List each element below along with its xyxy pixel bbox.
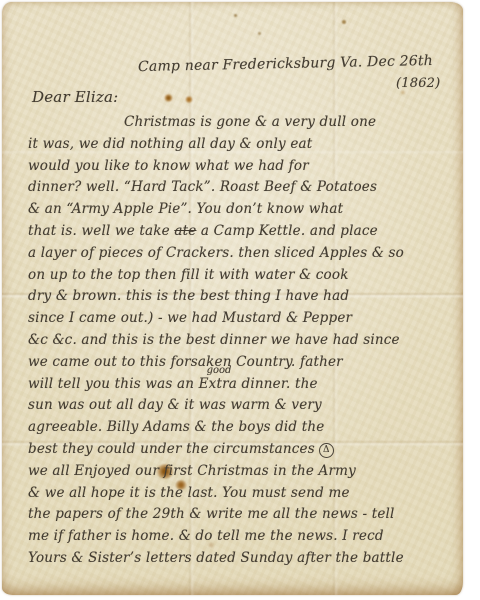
struck-word: ate: [174, 223, 196, 239]
ink-speck: [234, 14, 237, 17]
letter-line: we came out to this forsaken Country. fa…: [28, 354, 446, 376]
letter-line: since I came out.) - we had Mustard & Pe…: [28, 310, 446, 332]
letter-line: sun was out all day & it was warm & very: [28, 397, 446, 419]
inserted-word: good: [207, 365, 232, 376]
letter-line: Yours & Sister’s letters dated Sunday af…: [28, 550, 446, 572]
line-text: dinner. the: [237, 376, 318, 392]
host-word: Extra: [199, 376, 237, 392]
inserted-word-host: Extragood: [199, 376, 237, 392]
letter-line: would you like to know what we had for: [28, 158, 446, 180]
letter-line: it was, we did nothing all day & only ea…: [28, 136, 446, 158]
letter-line: agreeable. Billy Adams & the boys did th…: [28, 419, 446, 441]
letter-line: & an “Army Apple Pie”. You don’t know wh…: [28, 201, 446, 223]
ink-speck: [258, 32, 261, 35]
letter-line: Christmas is gone & a very dull one: [28, 114, 446, 136]
dateline-year: (1862): [396, 76, 440, 91]
circled-editorial-mark: Δ: [319, 443, 334, 458]
stain: [185, 96, 193, 103]
letter-line: we all Enjoyed our first Christmas in th…: [28, 463, 446, 485]
letter-line-strikethrough: that is. well we take ate a Camp Kettle.…: [28, 223, 446, 245]
line-text: will tell you this was an: [28, 376, 199, 392]
letter-line: me if father is home. & do tell me the n…: [28, 528, 446, 550]
line-text: a Camp Kettle. and place: [196, 223, 377, 239]
stain: [164, 94, 173, 102]
letter-line: & we all hope it is the last. You must s…: [28, 485, 446, 507]
salutation: Dear Eliza:: [32, 88, 118, 106]
letter-line: on up to the top then fill it with water…: [28, 267, 446, 289]
line-text: that is. well we take: [28, 223, 174, 239]
ink-speck: [342, 20, 346, 24]
letter-line-circled-mark: best they could under the circumstancesΔ: [28, 441, 446, 463]
letter-line: dinner? well. “Hard Tack”. Roast Beef & …: [28, 179, 446, 201]
letter-line: a layer of pieces of Crackers. then slic…: [28, 245, 446, 267]
letter-body: Christmas is gone & a very dull one it w…: [28, 114, 446, 572]
letter-line: the papers of the 29th & write me all th…: [28, 506, 446, 528]
dateline: Camp near Fredericksburg Va. Dec 26th: [138, 53, 433, 75]
letter-line-insertion: will tell you this was an Extragood dinn…: [28, 376, 446, 398]
letter-line: &c &c. and this is the best dinner we ha…: [28, 332, 446, 354]
letter-line: dry & brown. this is the best thing I ha…: [28, 288, 446, 310]
letter-paper: Camp near Fredericksburg Va. Dec 26th (1…: [2, 2, 463, 595]
line-text: best they could under the circumstances: [28, 441, 315, 457]
